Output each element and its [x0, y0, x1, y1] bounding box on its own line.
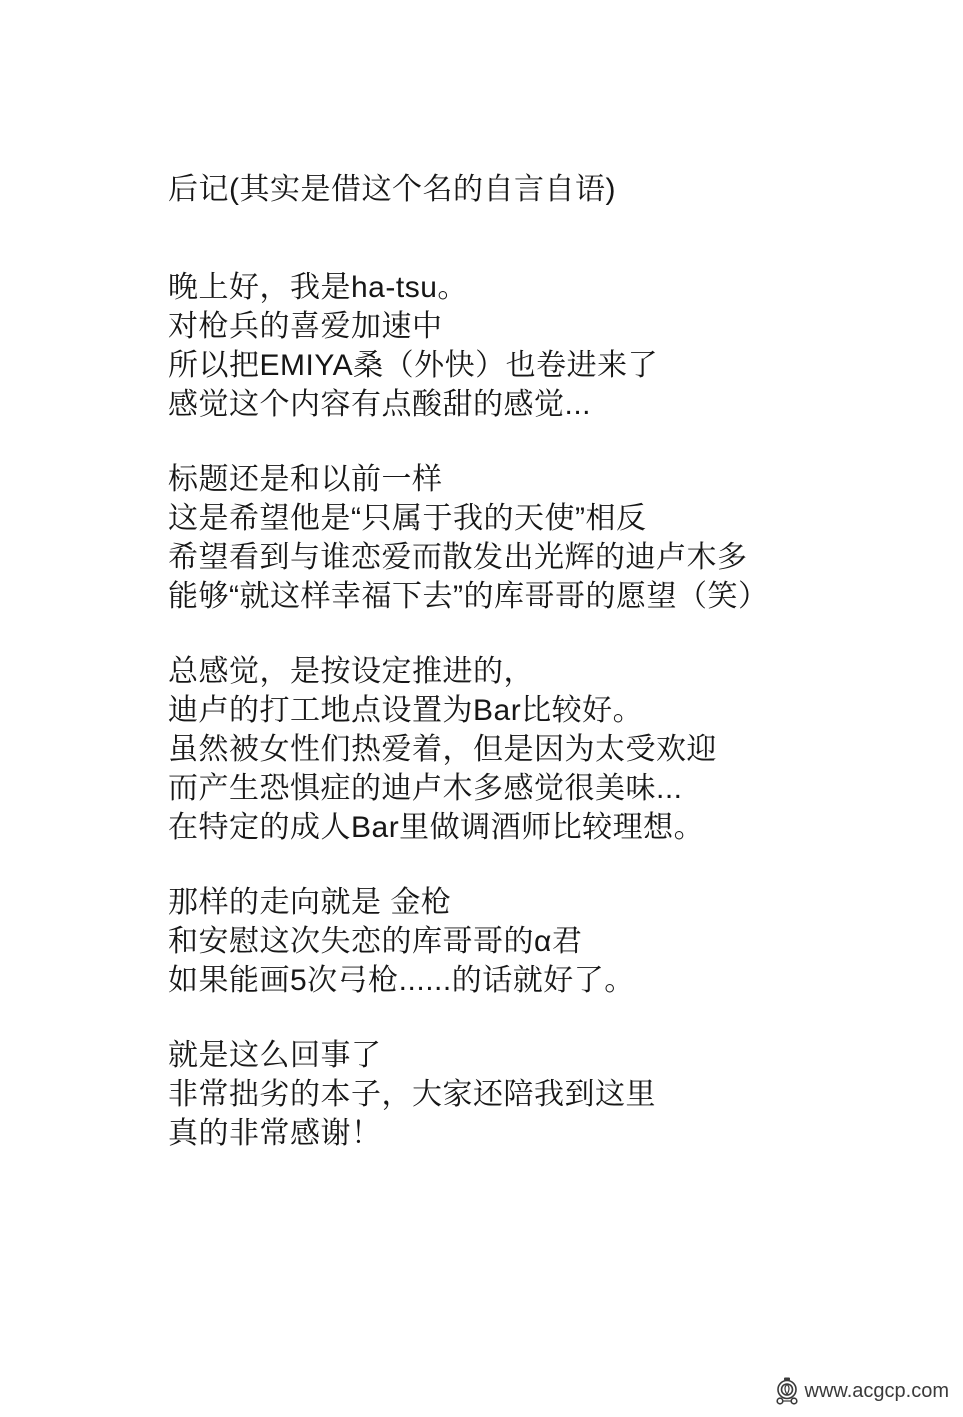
paragraph-title-meaning: 标题还是和以前一样 这是希望他是“只属于我的天使”相反 希望看到与谁恋爱而散发出… [168, 460, 923, 616]
text-line: 标题还是和以前一样 [168, 460, 923, 499]
watermark-url: www.acgcp.com [805, 1379, 950, 1403]
text-line: 那样的走向就是 金枪 [168, 883, 923, 922]
text-line: 希望看到与谁恋爱而散发出光辉的迪卢木多 [168, 538, 923, 577]
text-line: 真的非常感谢！ [168, 1114, 923, 1153]
paragraph-thanks: 就是这么回事了 非常拙劣的本子，大家还陪我到这里 真的非常感谢！ [168, 1036, 923, 1153]
paragraph-setting: 总感觉，是按设定推进的， 迪卢的打工地点设置为Bar比较好。 虽然被女性们热爱着… [168, 652, 923, 847]
text-line: 在特定的成人Bar里做调酒师比较理想。 [168, 808, 923, 847]
text-line: 能够“就这样幸福下去”的库哥哥的愿望（笑） [168, 577, 923, 616]
text-line: 非常拙劣的本子，大家还陪我到这里 [168, 1075, 923, 1114]
text-line: 晚上好，我是ha-tsu。 [168, 268, 923, 307]
text-line: 感觉这个内容有点酸甜的感觉... [168, 385, 923, 424]
text-line: 和安慰这次失恋的库哥哥的α君 [168, 922, 923, 961]
carriage-logo-icon [772, 1376, 802, 1405]
afterword-page: 后记(其实是借这个名的自言自语) 晚上好，我是ha-tsu。 对枪兵的喜爱加速中… [0, 0, 963, 1417]
text-line: 虽然被女性们热爱着，但是因为太受欢迎 [168, 730, 923, 769]
paragraph-greeting: 晚上好，我是ha-tsu。 对枪兵的喜爱加速中 所以把EMIYA桑（外快）也卷进… [168, 268, 923, 424]
text-line: 对枪兵的喜爱加速中 [168, 307, 923, 346]
site-watermark: www.acgcp.com [772, 1376, 950, 1405]
afterword-content: 后记(其实是借这个名的自言自语) 晚上好，我是ha-tsu。 对枪兵的喜爱加速中… [168, 170, 923, 1189]
text-line: 迪卢的打工地点设置为Bar比较好。 [168, 691, 923, 730]
text-line: 就是这么回事了 [168, 1036, 923, 1075]
text-line: 这是希望他是“只属于我的天使”相反 [168, 499, 923, 538]
text-line: 如果能画5次弓枪......的话就好了。 [168, 961, 923, 1000]
page-title: 后记(其实是借这个名的自言自语) [168, 170, 923, 209]
text-line: 总感觉，是按设定推进的， [168, 652, 923, 691]
paragraph-direction: 那样的走向就是 金枪 和安慰这次失恋的库哥哥的α君 如果能画5次弓枪......… [168, 883, 923, 1000]
text-line: 而产生恐惧症的迪卢木多感觉很美味... [168, 769, 923, 808]
text-line: 所以把EMIYA桑（外快）也卷进来了 [168, 346, 923, 385]
